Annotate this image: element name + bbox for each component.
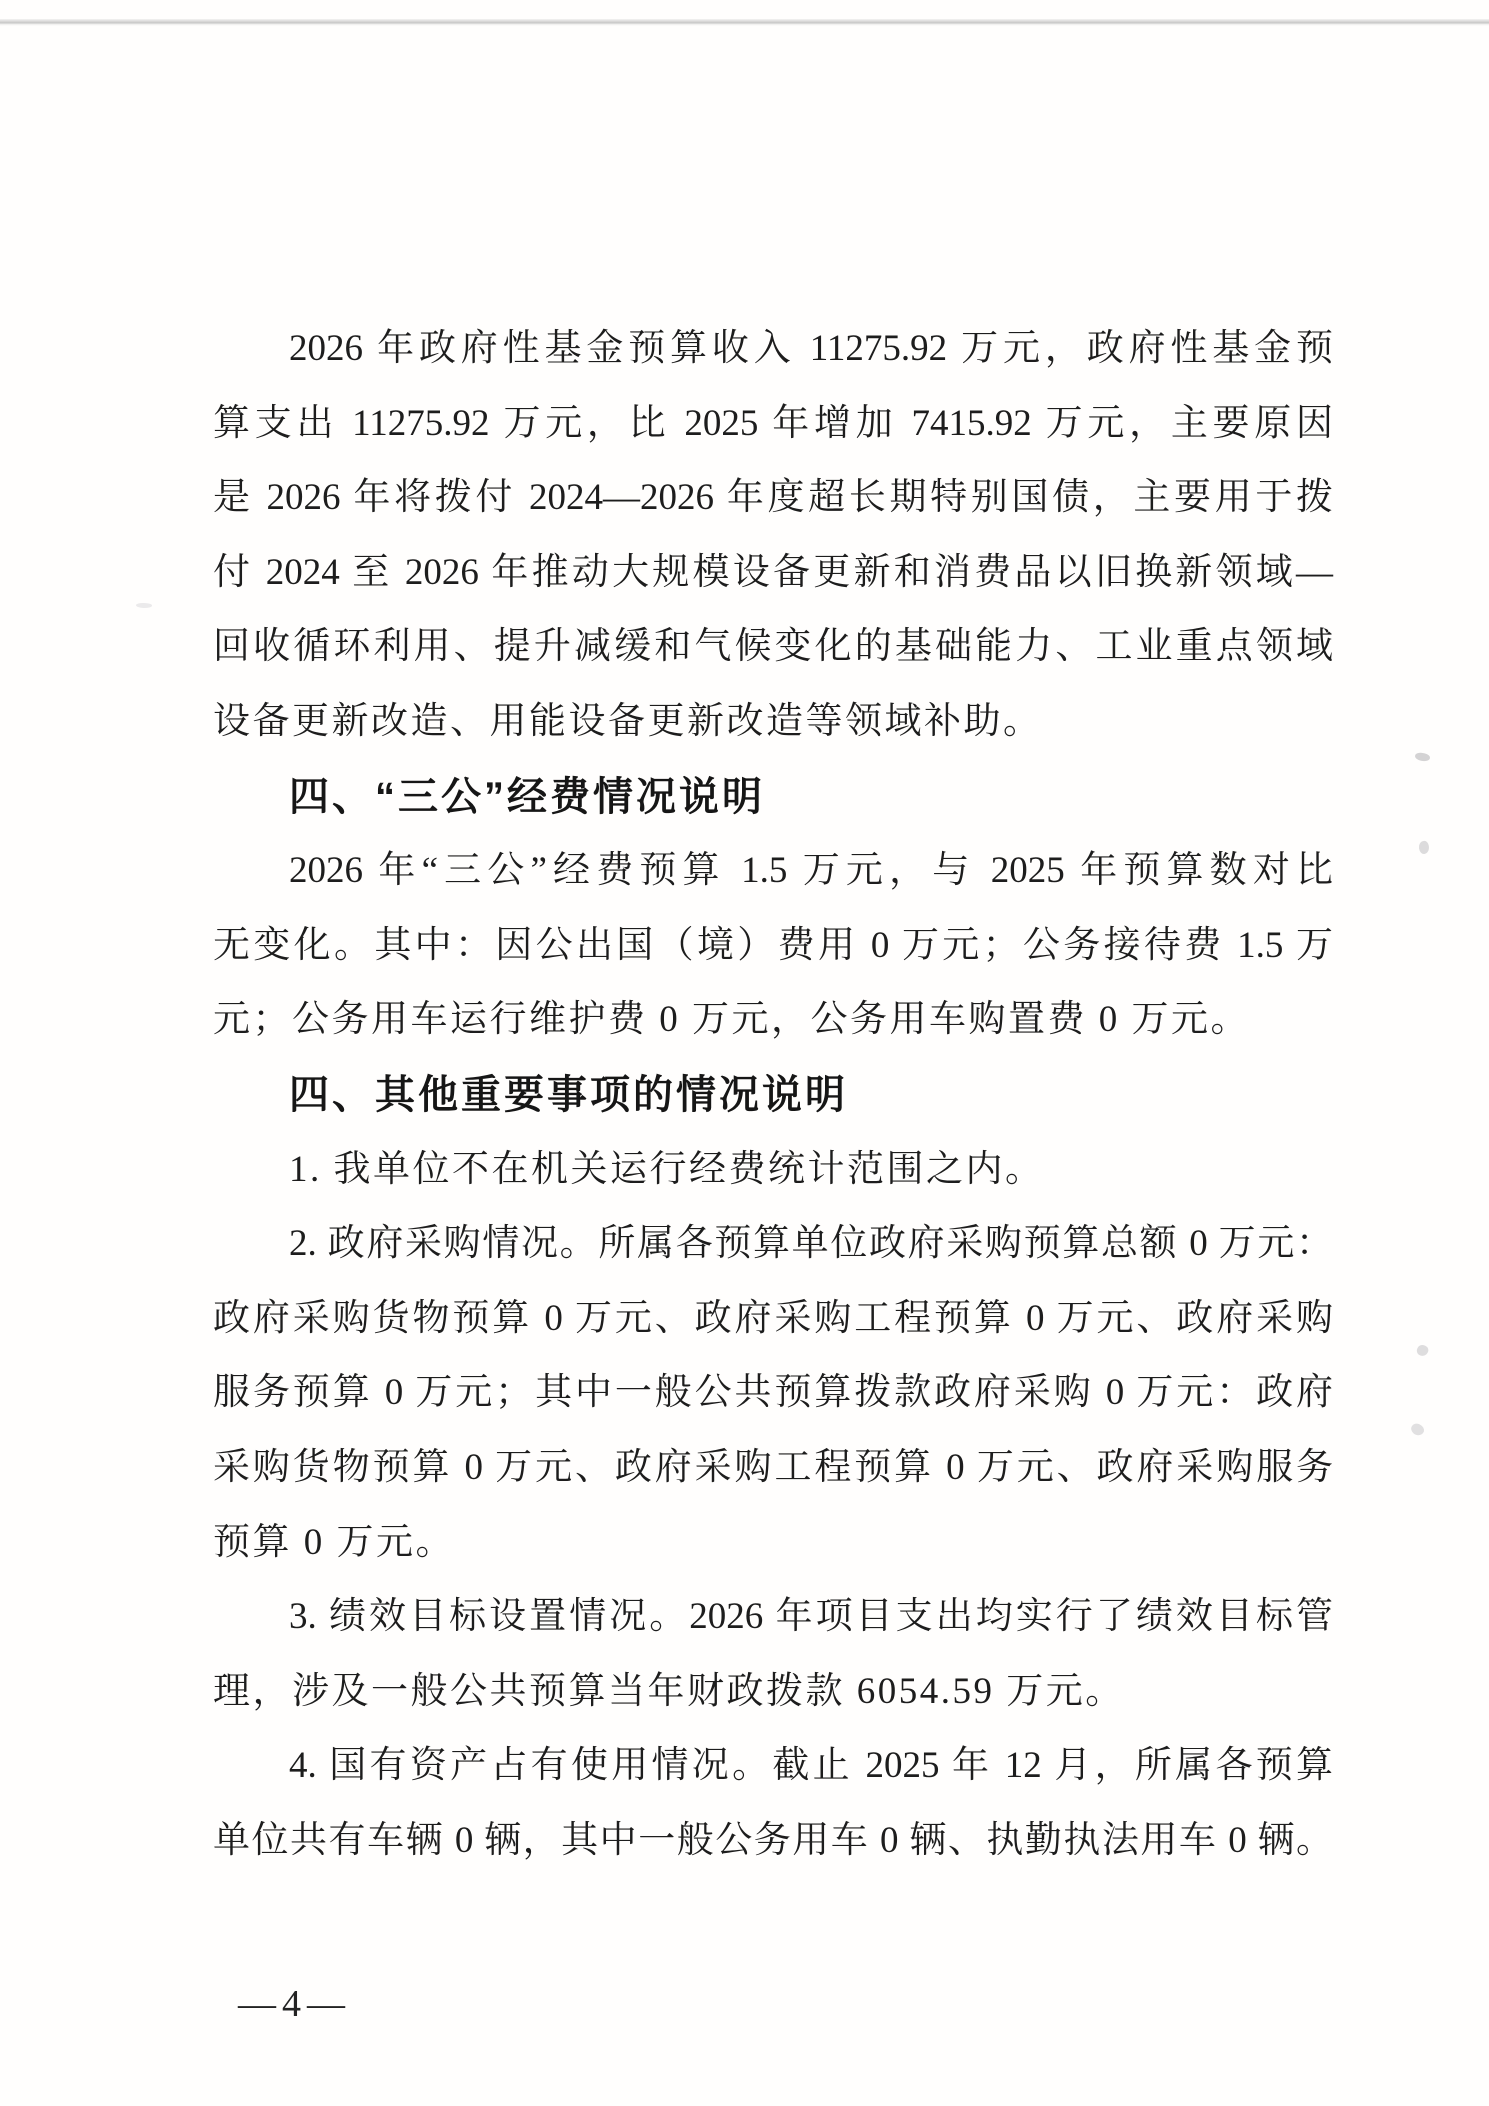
paragraph-line: 2026 年“三公”经费预算 1.5 万元，与 2025 年预算数对比: [213, 834, 1333, 909]
paragraph-line: 付 2024 至 2026 年推动大规模设备更新和消费品以旧换新领域—: [213, 536, 1333, 611]
scan-artifact: [1409, 1421, 1426, 1438]
section-heading-other-important-matters: 四、其他重要事项的情况说明: [213, 1058, 1333, 1133]
list-item-line: 4. 国有资产占有使用情况。截止 2025 年 12 月，所属各预算: [213, 1729, 1333, 1804]
scan-artifact: [1418, 840, 1430, 854]
scan-artifact: [1414, 752, 1430, 763]
paragraph-line: 2026 年政府性基金预算收入 11275.92 万元，政府性基金预: [213, 312, 1333, 387]
list-item-line: 2. 政府采购情况。所属各预算单位政府采购预算总额 0 万元：: [213, 1207, 1333, 1282]
scan-artifact: [1415, 1343, 1430, 1358]
paragraph-line: 回收循环利用、提升减缓和气候变化的基础能力、工业重点领域: [213, 610, 1333, 685]
document-body: 2026 年政府性基金预算收入 11275.92 万元，政府性基金预 算支出 1…: [213, 312, 1333, 1878]
scan-artifact: [136, 603, 152, 609]
section-heading-three-public-funds: 四、“三公”经费情况说明: [213, 760, 1333, 835]
paragraph-line: 元；公务用车运行维护费 0 万元，公务用车购置费 0 万元。: [213, 983, 1333, 1058]
paragraph-line: 预算 0 万元。: [213, 1506, 1333, 1581]
paragraph-line: 无变化。其中：因公出国（境）费用 0 万元；公务接待费 1.5 万: [213, 909, 1333, 984]
scan-edge-line: [0, 19, 1489, 26]
paragraph-line: 算支出 11275.92 万元，比 2025 年增加 7415.92 万元，主要…: [213, 387, 1333, 462]
paragraph-line: 单位共有车辆 0 辆，其中一般公务用车 0 辆、执勤执法用车 0 辆。: [213, 1804, 1333, 1879]
paragraph-line: 理，涉及一般公共预算当年财政拨款 6054.59 万元。: [213, 1655, 1333, 1730]
list-item-line: 1. 我单位不在机关运行经费统计范围之内。: [213, 1133, 1333, 1208]
page-number: —4—: [238, 1984, 351, 2024]
list-item-line: 3. 绩效目标设置情况。2026 年项目支出均实行了绩效目标管: [213, 1580, 1333, 1655]
paragraph-line: 是 2026 年将拨付 2024—2026 年度超长期特别国债，主要用于拨: [213, 461, 1333, 536]
paragraph-line: 政府采购货物预算 0 万元、政府采购工程预算 0 万元、政府采购: [213, 1282, 1333, 1357]
paragraph-line: 服务预算 0 万元；其中一般公共预算拨款政府采购 0 万元：政府: [213, 1356, 1333, 1431]
paragraph-line: 采购货物预算 0 万元、政府采购工程预算 0 万元、政府采购服务: [213, 1431, 1333, 1506]
paragraph-line: 设备更新改造、用能设备更新改造等领域补助。: [213, 685, 1333, 760]
scanned-page: 2026 年政府性基金预算收入 11275.92 万元，政府性基金预 算支出 1…: [0, 0, 1489, 2106]
